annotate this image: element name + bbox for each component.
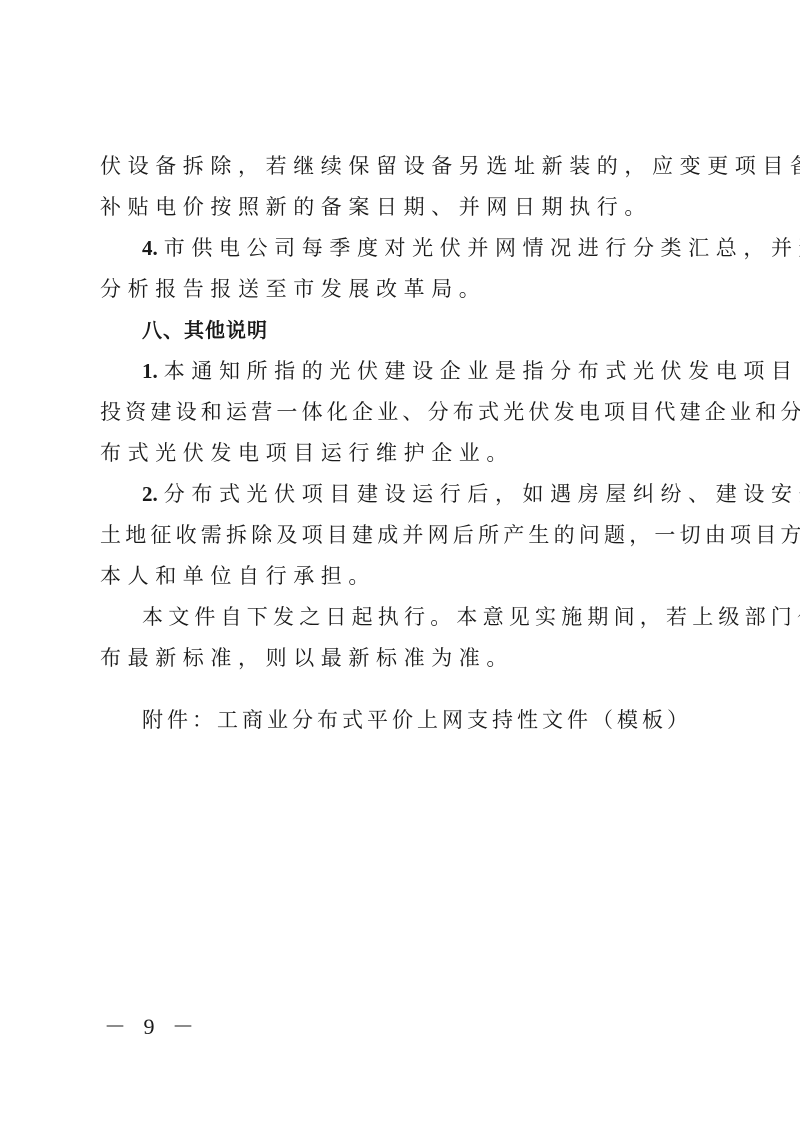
item-number: 4. xyxy=(142,236,158,260)
paragraph-line: 布式光伏发电项目运行维护企业。 xyxy=(100,433,514,474)
paragraph-line: 投资建设和运营一体化企业、分布式光伏发电项目代建企业和分 xyxy=(100,392,800,433)
item-text: 分布式光伏项目建设运行后，如遇房屋纠纷、建设安全、 xyxy=(164,482,800,506)
page-number: － 9 － xyxy=(104,1010,200,1041)
paragraph-line: 本人和单位自行承担。 xyxy=(100,556,376,597)
paragraph-line: 土地征收需拆除及项目建成并网后所产生的问题，一切由项目方 xyxy=(100,515,800,556)
item-text: 市供电公司每季度对光伏并网情况进行分类汇总，并形成 xyxy=(164,236,800,260)
item-number: 1. xyxy=(142,359,158,383)
numbered-item-2: 2.分布式光伏项目建设运行后，如遇房屋纠纷、建设安全、 xyxy=(142,474,800,515)
item-number: 2. xyxy=(142,482,158,506)
numbered-item-1: 1.本通知所指的光伏建设企业是指分布式光伏发电项目的 xyxy=(142,351,800,392)
paragraph-line: 布最新标准，则以最新标准为准。 xyxy=(100,638,514,679)
item-text: 本通知所指的光伏建设企业是指分布式光伏发电项目的 xyxy=(164,359,800,383)
paragraph-line: 分析报告报送至市发展改革局。 xyxy=(100,269,486,310)
paragraph-line: 补贴电价按照新的备案日期、并网日期执行。 xyxy=(100,187,652,228)
paragraph-line: 本文件自下发之日起执行。本意见实施期间，若上级部门公 xyxy=(142,597,800,638)
section-heading: 八、其他说明 xyxy=(142,310,268,351)
numbered-item-4: 4.市供电公司每季度对光伏并网情况进行分类汇总，并形成 xyxy=(142,228,800,269)
attachment-line: 附件：工商业分布式平价上网支持性文件（模板） xyxy=(142,700,692,741)
paragraph-line: 伏设备拆除，若继续保留设备另选址新装的，应变更项目备案， xyxy=(100,146,800,187)
